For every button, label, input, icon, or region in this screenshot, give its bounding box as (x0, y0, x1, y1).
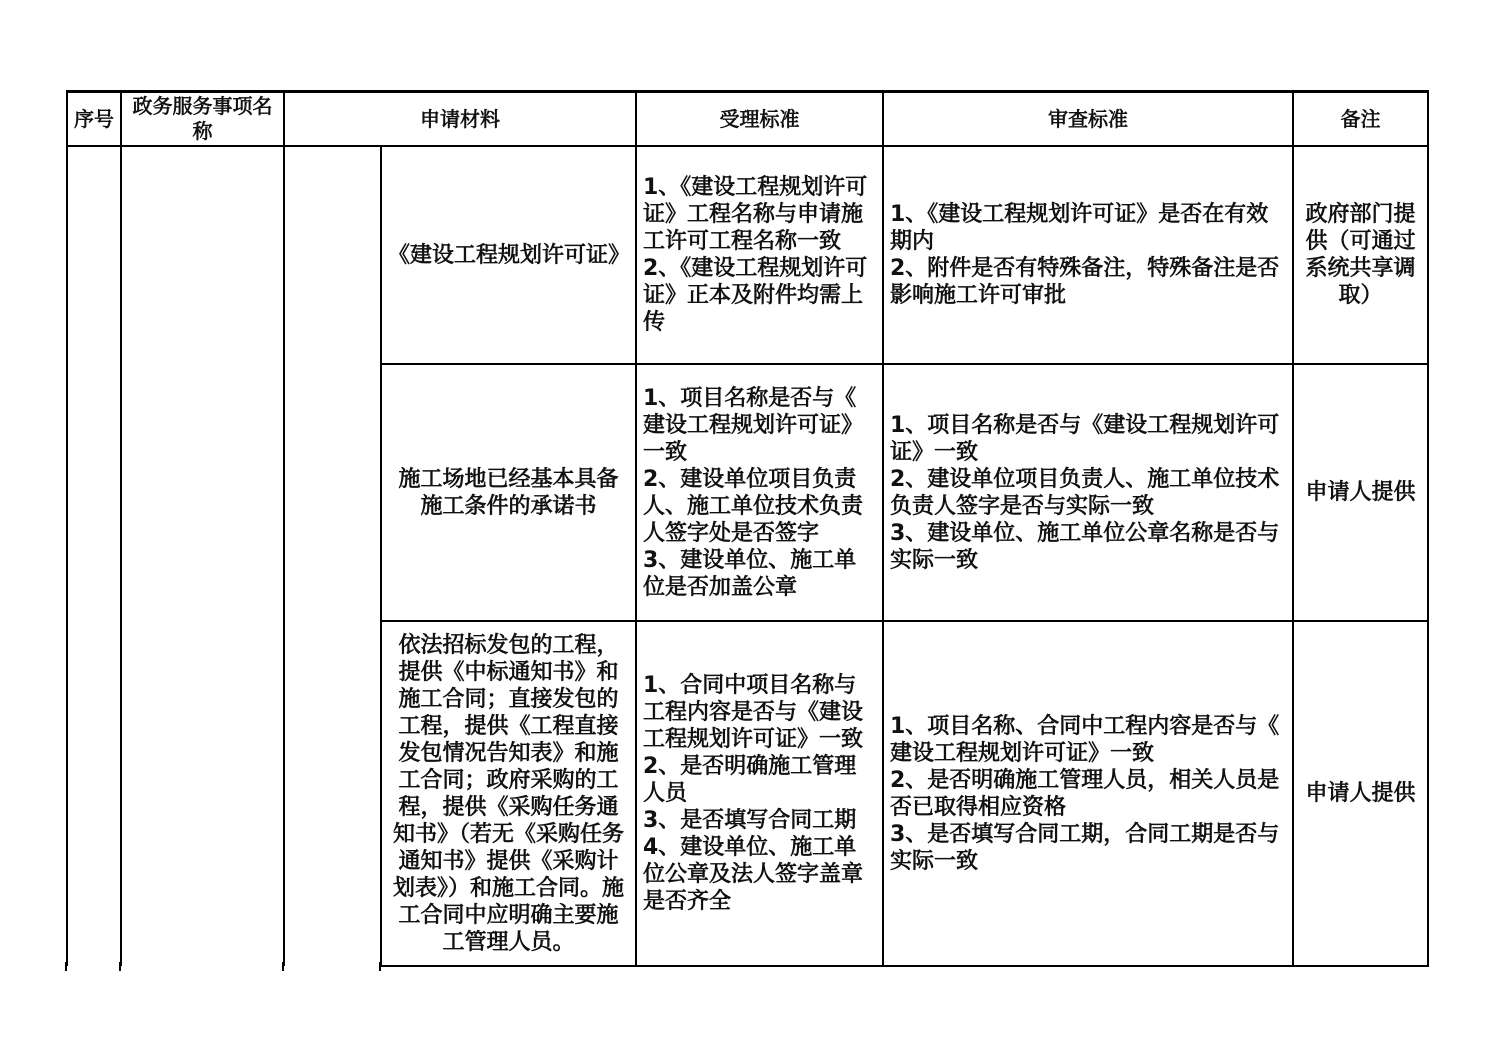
page-cut-border (119, 962, 121, 971)
header-serial: 序号 (67, 92, 121, 147)
cell-material-subcol (284, 146, 381, 966)
table-row: 《建设工程规划许可证》 1、《建设工程规划许可证》工程名称与申请施工许可工程名称… (67, 146, 1428, 364)
cell-review-standard: 1、项目名称是否与《建设工程规划许可证》一致 2、建设单位项目负责人、施工单位技… (883, 364, 1293, 621)
header-material: 申请材料 (284, 92, 636, 147)
service-items-table: 序号 政务服务事项名称 申请材料 受理标准 审查标准 备注 《建设工程规划许可证… (66, 90, 1429, 967)
cell-material: 施工场地已经基本具备施工条件的承诺书 (381, 364, 636, 621)
page-cut-border (282, 962, 284, 971)
header-item-name: 政务服务事项名称 (121, 92, 284, 147)
cell-acceptance-standard: 1、合同中项目名称与工程内容是否与《建设工程规划许可证》一致 2、是否明确施工管… (636, 621, 883, 966)
cell-material: 依法招标发包的工程，提供《中标通知书》和施工合同；直接发包的工程，提供《工程直接… (381, 621, 636, 966)
cell-review-standard: 1、《建设工程规划许可证》是否在有效期内 2、附件是否有特殊备注，特殊备注是否影… (883, 146, 1293, 364)
cell-review-standard: 1、项目名称、合同中工程内容是否与《建设工程规划许可证》一致 2、是否明确施工管… (883, 621, 1293, 966)
cell-remark: 申请人提供 (1293, 364, 1428, 621)
header-row: 序号 政务服务事项名称 申请材料 受理标准 审查标准 备注 (67, 92, 1428, 147)
cell-remark: 政府部门提供（可通过系统共享调取） (1293, 146, 1428, 364)
cell-material: 《建设工程规划许可证》 (381, 146, 636, 364)
cell-acceptance-standard: 1、《建设工程规划许可证》工程名称与申请施工许可工程名称一致 2、《建设工程规划… (636, 146, 883, 364)
document-sheet: 序号 政务服务事项名称 申请材料 受理标准 审查标准 备注 《建设工程规划许可证… (66, 90, 1429, 967)
header-acceptance: 受理标准 (636, 92, 883, 147)
header-remark: 备注 (1293, 92, 1428, 147)
cell-remark: 申请人提供 (1293, 621, 1428, 966)
header-review: 审查标准 (883, 92, 1293, 147)
page-cut-border (379, 962, 381, 971)
cell-item-name (121, 146, 284, 966)
cell-acceptance-standard: 1、项目名称是否与《建设工程规划许可证》一致 2、建设单位项目负责人、施工单位技… (636, 364, 883, 621)
page-cut-border (65, 962, 67, 971)
cell-serial (67, 146, 121, 966)
